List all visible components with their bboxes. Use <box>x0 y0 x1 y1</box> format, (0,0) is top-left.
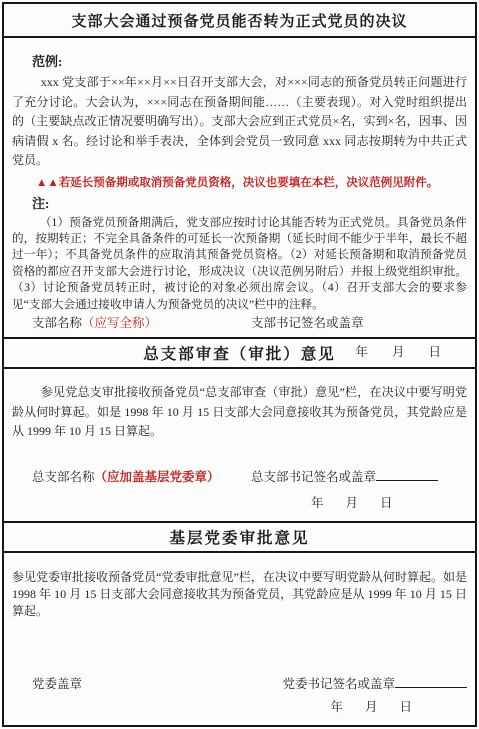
general-branch-header: 总支部审查（审批）意见 <box>4 337 475 369</box>
branch-signature-row: 支部名称（应写全称） 支部书记签名或盖章 <box>12 313 467 331</box>
note-label: 注: <box>32 193 467 212</box>
general-branch-section: 参见党总支审批接收预备党员“总支部审查（审批）意见”栏，在决议中要写明党龄从何时… <box>4 369 475 521</box>
example-label: 范例: <box>32 51 467 70</box>
general-branch-signature-row: 总支部名称（应加盖基层党委章） 总支部书记签名或盖章 <box>12 467 467 485</box>
branch-name-hint: （应写全称） <box>82 316 157 330</box>
signature-blank-field[interactable] <box>376 467 438 481</box>
spacer <box>12 442 467 468</box>
year-label: 年 <box>311 493 324 511</box>
month-label: 月 <box>346 493 359 511</box>
general-branch-date-row: 年月日 <box>12 493 467 511</box>
committee-signature-row: 党委盖章 党委书记签名或盖章 <box>12 674 467 692</box>
extension-warning-note: ▲▲若延长预备期或取消预备党员资格，决议也要填在本栏，决议范例见附件。 <box>36 174 467 190</box>
general-branch-secretary-field: 总支部书记签名或盖章 <box>251 467 467 485</box>
committee-seal-field: 党委盖章 <box>12 674 282 692</box>
form-title: 支部大会通过预备党员能否转为正式党员的决议 <box>4 4 475 38</box>
month-label: 月 <box>365 697 378 715</box>
year-label: 年 <box>330 697 343 715</box>
example-paragraph: xxx 党支部于××年××月××日召开支部大会，对×××同志的预备党员转正问题进… <box>12 73 467 171</box>
committee-seal-label: 党委盖章 <box>32 677 82 691</box>
branch-name-field: 支部名称（应写全称） <box>12 313 251 331</box>
general-branch-secretary-label: 总支部书记签名或盖章 <box>251 470 376 484</box>
committee-section: 参见党委审批接收预备党员“党委审批意见”栏，在决议中要写明党龄从何时算起。如是 … <box>4 553 475 725</box>
branch-name-label: 支部名称 <box>32 316 82 330</box>
day-label: 日 <box>399 697 412 715</box>
committee-paragraph: 参见党委审批接收预备党员“党委审批意见”栏，在决议中要写明党龄从何时算起。如是 … <box>12 569 467 620</box>
branch-resolution-section: 范例: xxx 党支部于××年××月××日召开支部大会，对×××同志的预备党员转… <box>4 38 475 337</box>
signature-blank-field[interactable] <box>395 674 467 688</box>
general-branch-name-label: 总支部名称 <box>32 470 95 484</box>
committee-header: 基层党委审批意见 <box>4 521 475 553</box>
general-branch-name-hint: （应加盖基层党委章） <box>95 470 220 484</box>
committee-secretary-label: 党委书记签名或盖章 <box>282 677 395 691</box>
note-paragraph: （1）预备党员预备期满后，党支部应按时讨论其能否转为正式党员。具备党员条件的，按… <box>12 215 467 313</box>
form-outer-border: 支部大会通过预备党员能否转为正式党员的决议 范例: xxx 党支部于××年××月… <box>2 2 477 727</box>
branch-secretary-field: 支部书记签名或盖章 <box>251 313 467 331</box>
committee-secretary-field: 党委书记签名或盖章 <box>282 674 467 692</box>
general-branch-paragraph: 参见党总支审批接收预备党员“总支部审查（审批）意见”栏，在决议中要写明党龄从何时… <box>12 383 467 442</box>
branch-secretary-label: 支部书记签名或盖章 <box>251 316 364 330</box>
resolution-form-page: 支部大会通过预备党员能否转为正式党员的决议 范例: xxx 党支部于××年××月… <box>0 0 479 729</box>
general-branch-name-field: 总支部名称（应加盖基层党委章） <box>12 467 251 485</box>
day-label: 日 <box>380 493 393 511</box>
committee-date-row: 年月日 <box>12 697 467 715</box>
spacer <box>12 620 467 674</box>
